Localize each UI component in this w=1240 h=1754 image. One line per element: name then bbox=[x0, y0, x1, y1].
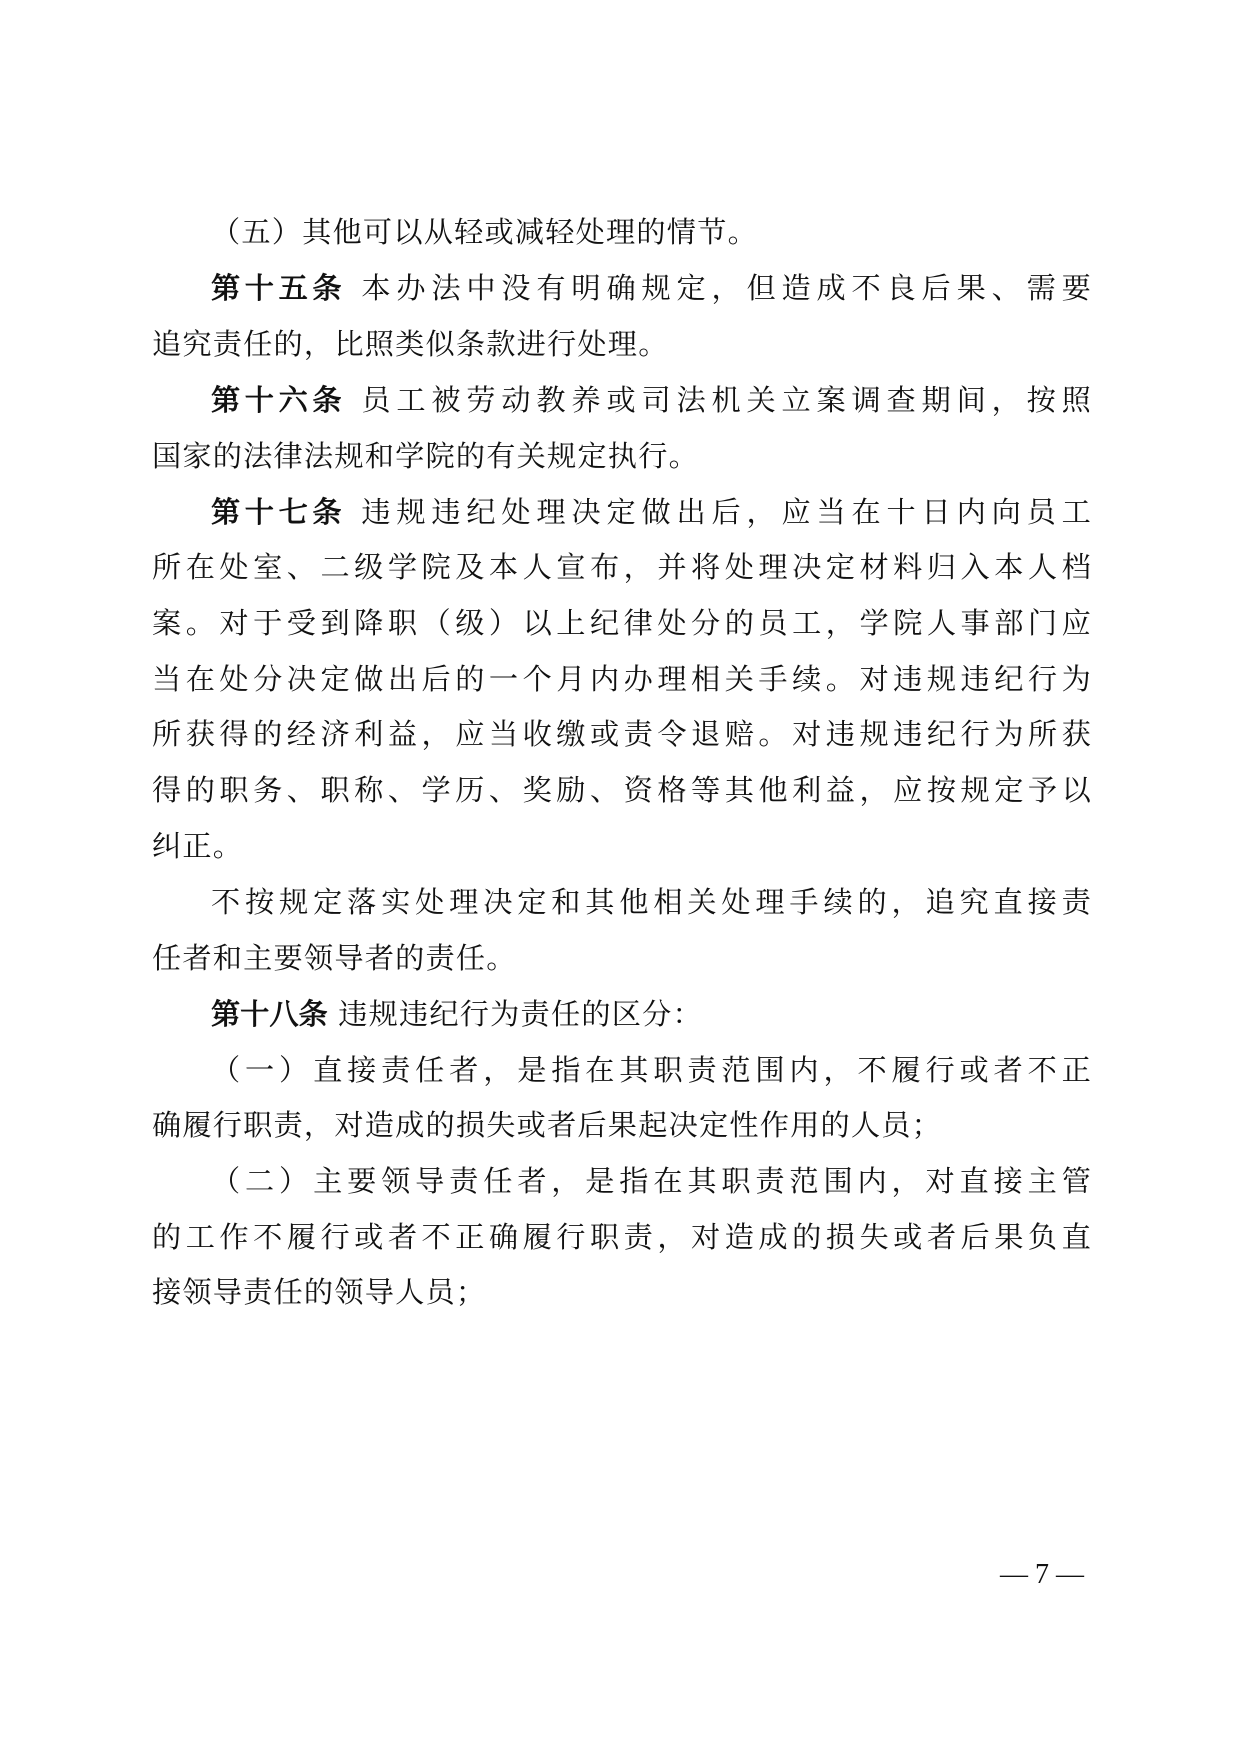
article-heading: 第十六条 bbox=[211, 383, 346, 417]
paragraph-text: 不按规定落实处理决定和其他相关处理手续的，追究直接责 bbox=[211, 885, 1092, 919]
paragraph-text: 纠正。 bbox=[152, 829, 243, 863]
article-17-line-2: 所在处室、二级学院及本人宣布，并将处理决定材料归入本人档 bbox=[152, 547, 1092, 587]
article-16: 第十六条 员工被劳动教养或司法机关立案调查期间，按照 bbox=[211, 380, 1092, 420]
clause-item-2-line-3: 接领导责任的领导人员； bbox=[152, 1272, 1092, 1312]
clause-item-1: （一）直接责任者，是指在其职责范围内，不履行或者不正 bbox=[211, 1050, 1092, 1090]
article-heading: 第十八条 bbox=[211, 997, 328, 1031]
clause-item-2-line-2: 的工作不履行或者不正确履行职责，对造成的损失或者后果负直 bbox=[152, 1217, 1092, 1257]
paragraph-text: 违规违纪处理决定做出后，应当在十日内向员工 bbox=[346, 495, 1092, 529]
paragraph-text: 员工被劳动教养或司法机关立案调查期间，按照 bbox=[346, 383, 1092, 417]
article-15: 第十五条 本办法中没有明确规定，但造成不良后果、需要 bbox=[211, 268, 1092, 308]
paragraph-text: 本办法中没有明确规定，但造成不良后果、需要 bbox=[346, 271, 1092, 305]
paragraph-text: 国家的法律法规和学院的有关规定执行。 bbox=[152, 439, 699, 473]
article-17-paragraph-2-continued: 任者和主要领导者的责任。 bbox=[152, 938, 1092, 978]
paragraph-text: （五）其他可以从轻或减轻处理的情节。 bbox=[211, 215, 758, 249]
article-16-continued: 国家的法律法规和学院的有关规定执行。 bbox=[152, 436, 1092, 476]
paragraph-text: 确履行职责，对造成的损失或者后果起决定性作用的人员； bbox=[152, 1108, 942, 1142]
article-17-line-7: 纠正。 bbox=[152, 826, 1092, 866]
paragraph-text: 追究责任的，比照类似条款进行处理。 bbox=[152, 327, 669, 361]
paragraph-text: 的工作不履行或者不正确履行职责，对造成的损失或者后果负直 bbox=[152, 1220, 1092, 1254]
paragraph-text: 接领导责任的领导人员； bbox=[152, 1275, 486, 1309]
paragraph-text: 得的职务、职称、学历、奖励、资格等其他利益，应按规定予以 bbox=[152, 773, 1092, 807]
article-heading: 第十五条 bbox=[211, 271, 346, 305]
paragraph-text: 案。对于受到降职（级）以上纪律处分的员工，学院人事部门应 bbox=[152, 606, 1092, 640]
article-15-continued: 追究责任的，比照类似条款进行处理。 bbox=[152, 324, 1092, 364]
article-17: 第十七条 违规违纪处理决定做出后，应当在十日内向员工 bbox=[211, 492, 1092, 532]
article-17-line-4: 当在处分决定做出后的一个月内办理相关手续。对违规违纪行为 bbox=[152, 659, 1092, 699]
paragraph-text: （一）直接责任者，是指在其职责范围内，不履行或者不正 bbox=[211, 1053, 1092, 1087]
paragraph-text: 所在处室、二级学院及本人宣布，并将处理决定材料归入本人档 bbox=[152, 550, 1092, 584]
clause-item-1-continued: 确履行职责，对造成的损失或者后果起决定性作用的人员； bbox=[152, 1105, 1092, 1145]
article-heading: 第十七条 bbox=[211, 495, 346, 529]
clause-item-5: （五）其他可以从轻或减轻处理的情节。 bbox=[211, 212, 1092, 252]
document-page: （五）其他可以从轻或减轻处理的情节。 第十五条 本办法中没有明确规定，但造成不良… bbox=[0, 0, 1240, 1754]
paragraph-text: 任者和主要领导者的责任。 bbox=[152, 941, 517, 975]
page-number: — 7 — bbox=[1000, 1555, 1084, 1595]
article-17-line-5: 所获得的经济利益，应当收缴或责令退赔。对违规违纪行为所获 bbox=[152, 714, 1092, 754]
article-17-line-6: 得的职务、职称、学历、奖励、资格等其他利益，应按规定予以 bbox=[152, 770, 1092, 810]
paragraph-text: （二）主要领导责任者，是指在其职责范围内，对直接主管 bbox=[211, 1164, 1092, 1198]
paragraph-text: 所获得的经济利益，应当收缴或责令退赔。对违规违纪行为所获 bbox=[152, 717, 1092, 751]
clause-item-2: （二）主要领导责任者，是指在其职责范围内，对直接主管 bbox=[211, 1161, 1092, 1201]
article-17-line-3: 案。对于受到降职（级）以上纪律处分的员工，学院人事部门应 bbox=[152, 603, 1092, 643]
paragraph-text: 当在处分决定做出后的一个月内办理相关手续。对违规违纪行为 bbox=[152, 662, 1092, 696]
paragraph-text: 违规违纪行为责任的区分： bbox=[328, 997, 703, 1031]
article-18: 第十八条 违规违纪行为责任的区分： bbox=[211, 994, 1092, 1034]
article-17-paragraph-2: 不按规定落实处理决定和其他相关处理手续的，追究直接责 bbox=[211, 882, 1092, 922]
